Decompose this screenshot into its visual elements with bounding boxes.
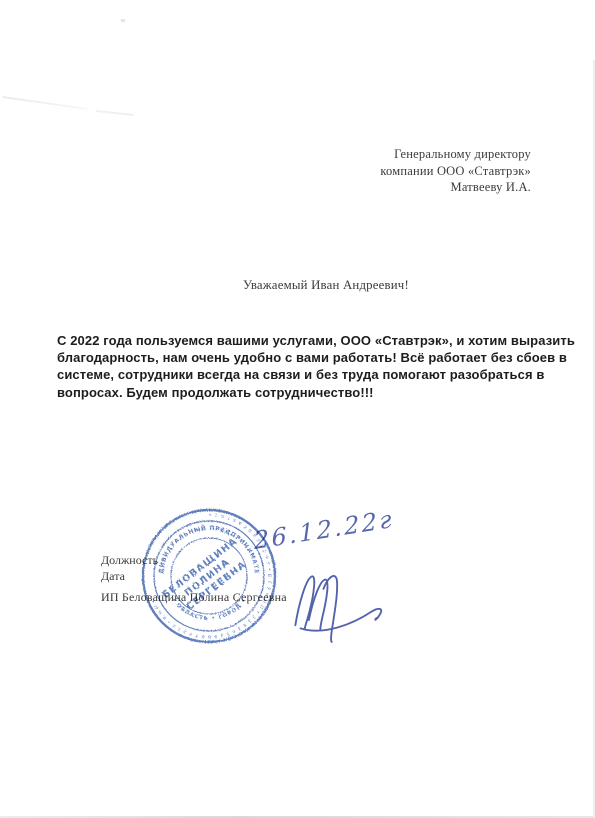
stamp-ring-bottom-text: • ОБЛАСТЬ • ГОРОД • <box>170 597 248 622</box>
recipient-line: Генеральному директору <box>380 146 531 163</box>
entrepreneur-stamp: • 2 6 1 8 0 2 5 4 3 2 1 9 8 • О Г Р Н И … <box>134 501 284 651</box>
body-line: С 2022 года пользуемся вашими услугами, … <box>57 332 557 349</box>
scan-speck <box>121 19 125 22</box>
body-line: благодарность, нам очень удобно с вами р… <box>57 349 557 366</box>
salutation: Уважаемый Иван Андреевич! <box>243 278 409 293</box>
body-line: системе, сотрудники всегда на связи и бе… <box>57 366 557 383</box>
stamp-graphic: • 2 6 1 8 0 2 5 4 3 2 1 9 8 • О Г Р Н И … <box>134 501 275 642</box>
handwritten-signature <box>286 566 390 644</box>
recipient-block: Генеральному директору компании ООО «Ста… <box>380 146 531 196</box>
signature-strokes <box>295 576 381 642</box>
letter-body: С 2022 года пользуемся вашими услугами, … <box>57 332 557 401</box>
recipient-line: Матвееву И.А. <box>380 179 531 196</box>
recipient-line: компании ООО «Ставтрэк» <box>380 163 531 180</box>
scan-smudge <box>2 96 87 110</box>
stamp-ring-bottom: • ОБЛАСТЬ • ГОРОД • <box>170 597 248 622</box>
scanned-letter-page: Генеральному директору компании ООО «Ста… <box>0 0 595 818</box>
body-line: вопросах. Будем продолжать сотрудничеств… <box>57 384 557 401</box>
scan-smudge <box>96 110 134 115</box>
